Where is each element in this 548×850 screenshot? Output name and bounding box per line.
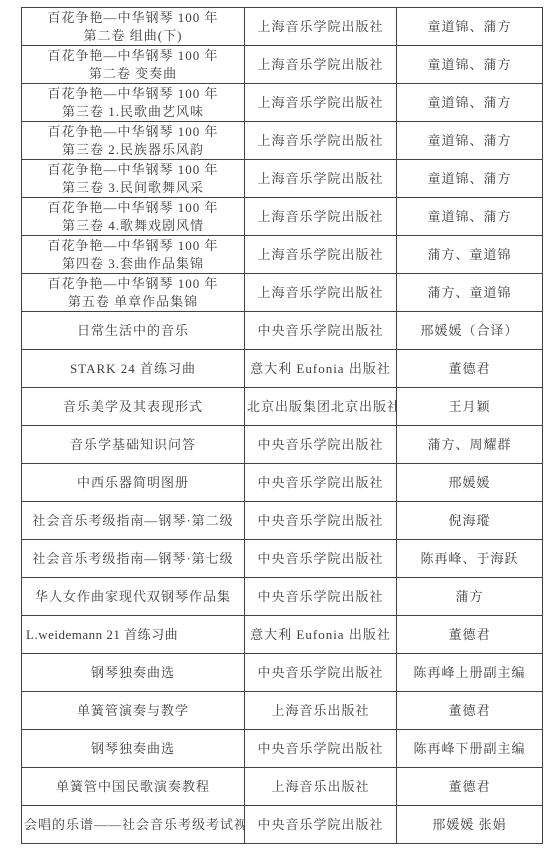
table-row: 百花争艳—中华钢琴 100 年第四卷 3.套曲作品集锦上海音乐学院出版社蒲方、童… xyxy=(22,236,543,274)
book-title-cell: L.weidemann 21 首练习曲 xyxy=(22,616,245,654)
table-row: 中西乐器简明图册中央音乐学院出版社邢媛媛 xyxy=(22,464,543,502)
authors-cell: 童道锦、蒲方 xyxy=(397,160,543,198)
authors-cell: 王月颖 xyxy=(397,388,543,426)
publisher-cell: 上海音乐学院出版社 xyxy=(245,8,397,46)
book-title-cell: 百花争艳—中华钢琴 100 年第二卷 变奏曲 xyxy=(22,46,245,84)
publisher-cell: 意大利 Eufonia 出版社 xyxy=(245,616,397,654)
book-title-cell: 中西乐器简明图册 xyxy=(22,464,245,502)
book-title-cell: 百花争艳—中华钢琴 100 年第三卷 1.民歌曲艺风味 xyxy=(22,84,245,122)
table-row: 百花争艳—中华钢琴 100 年第五卷 单章作品集锦上海音乐学院出版社蒲方、童道锦 xyxy=(22,274,543,312)
book-title-line: 第三卷 3.民间歌舞风采 xyxy=(24,179,242,197)
table-row: 日常生活中的音乐中央音乐学院出版社邢媛媛（合译） xyxy=(22,312,543,350)
table-row: 百花争艳—中华钢琴 100 年第三卷 4.歌舞戏剧风情上海音乐学院出版社童道锦、… xyxy=(22,198,543,236)
authors-cell: 童道锦、蒲方 xyxy=(397,198,543,236)
book-title-cell: 单簧管中国民歌演奏教程 xyxy=(22,768,245,806)
table-row: L.weidemann 21 首练习曲意大利 Eufonia 出版社董德君 xyxy=(22,616,543,654)
table-row: 社会音乐考级指南—钢琴·第二级中央音乐学院出版社倪海瑽 xyxy=(22,502,543,540)
book-title-cell: 钢琴独奏曲选 xyxy=(22,654,245,692)
publisher-cell: 上海音乐出版社 xyxy=(245,692,397,730)
book-title-cell: 百花争艳—中华钢琴 100 年第五卷 单章作品集锦 xyxy=(22,274,245,312)
publisher-cell: 中央音乐学院出版社 xyxy=(245,464,397,502)
book-title-line: 第二卷 组曲(下) xyxy=(24,27,242,45)
publisher-cell: 上海音乐学院出版社 xyxy=(245,160,397,198)
publisher-cell: 中央音乐学院出版社 xyxy=(245,806,397,844)
book-title-cell: 华人女作曲家现代双钢琴作品集 xyxy=(22,578,245,616)
publisher-cell: 上海音乐出版社 xyxy=(245,768,397,806)
book-title-cell: 百花争艳—中华钢琴 100 年第二卷 组曲(下) xyxy=(22,8,245,46)
document-page: 百花争艳—中华钢琴 100 年第二卷 组曲(下)上海音乐学院出版社童道锦、蒲方百… xyxy=(0,0,548,850)
book-title-cell: 音乐美学及其表现形式 xyxy=(22,388,245,426)
authors-cell: 董德君 xyxy=(397,350,543,388)
authors-cell: 蒲方、童道锦 xyxy=(397,274,543,312)
table-row: 单簧管演奏与教学上海音乐出版社董德君 xyxy=(22,692,543,730)
book-title-cell: 社会音乐考级指南—钢琴·第七级 xyxy=(22,540,245,578)
table-row: 百花争艳—中华钢琴 100 年第三卷 2.民族器乐风韵上海音乐学院出版社童道锦、… xyxy=(22,122,543,160)
book-title-cell: STARK 24 首练习曲 xyxy=(22,350,245,388)
table-row: 钢琴独奏曲选中央音乐学院出版社陈再峰下册副主编 xyxy=(22,730,543,768)
book-title-line: 百花争艳—中华钢琴 100 年 xyxy=(24,47,242,65)
publisher-cell: 意大利 Eufonia 出版社 xyxy=(245,350,397,388)
publisher-cell: 上海音乐学院出版社 xyxy=(245,274,397,312)
table-row: 音乐美学及其表现形式北京出版集团北京出版社王月颖 xyxy=(22,388,543,426)
table-row: 百花争艳—中华钢琴 100 年第二卷 变奏曲上海音乐学院出版社童道锦、蒲方 xyxy=(22,46,543,84)
table-row: 社会音乐考级指南—钢琴·第七级中央音乐学院出版社陈再峰、于海跃 xyxy=(22,540,543,578)
authors-cell: 董德君 xyxy=(397,692,543,730)
book-title-line: 百花争艳—中华钢琴 100 年 xyxy=(24,123,242,141)
book-title-cell: 单簧管演奏与教学 xyxy=(22,692,245,730)
publisher-cell: 上海音乐学院出版社 xyxy=(245,84,397,122)
authors-cell: 陈再峰下册副主编 xyxy=(397,730,543,768)
book-title-cell: 百花争艳—中华钢琴 100 年第三卷 3.民间歌舞风采 xyxy=(22,160,245,198)
book-title-cell: 会唱的乐谱——社会音乐考级考试视 xyxy=(22,806,245,844)
authors-cell: 童道锦、蒲方 xyxy=(397,8,543,46)
book-title-cell: 社会音乐考级指南—钢琴·第二级 xyxy=(22,502,245,540)
book-title-line: 百花争艳—中华钢琴 100 年 xyxy=(24,161,242,179)
authors-cell: 童道锦、蒲方 xyxy=(397,84,543,122)
table-row: 百花争艳—中华钢琴 100 年第二卷 组曲(下)上海音乐学院出版社童道锦、蒲方 xyxy=(22,8,543,46)
authors-cell: 童道锦、蒲方 xyxy=(397,46,543,84)
book-title-line: 第五卷 单章作品集锦 xyxy=(24,293,242,311)
publisher-cell: 中央音乐学院出版社 xyxy=(245,654,397,692)
publisher-cell: 上海音乐学院出版社 xyxy=(245,46,397,84)
table-row: 百花争艳—中华钢琴 100 年第三卷 1.民歌曲艺风味上海音乐学院出版社童道锦、… xyxy=(22,84,543,122)
authors-cell: 蒲方、周耀群 xyxy=(397,426,543,464)
authors-cell: 董德君 xyxy=(397,768,543,806)
book-table-body: 百花争艳—中华钢琴 100 年第二卷 组曲(下)上海音乐学院出版社童道锦、蒲方百… xyxy=(22,8,543,844)
authors-cell: 蒲方 xyxy=(397,578,543,616)
publisher-cell: 中央音乐学院出版社 xyxy=(245,502,397,540)
book-title-line: 百花争艳—中华钢琴 100 年 xyxy=(24,275,242,293)
book-title-line: 第三卷 4.歌舞戏剧风情 xyxy=(24,217,242,235)
authors-cell: 董德君 xyxy=(397,616,543,654)
authors-cell: 童道锦、蒲方 xyxy=(397,122,543,160)
book-title-line: 第三卷 2.民族器乐风韵 xyxy=(24,141,242,159)
table-row: 会唱的乐谱——社会音乐考级考试视中央音乐学院出版社邢媛媛 张娟 xyxy=(22,806,543,844)
book-title-cell: 百花争艳—中华钢琴 100 年第三卷 4.歌舞戏剧风情 xyxy=(22,198,245,236)
table-row: STARK 24 首练习曲意大利 Eufonia 出版社董德君 xyxy=(22,350,543,388)
publisher-cell: 中央音乐学院出版社 xyxy=(245,426,397,464)
publisher-cell: 中央音乐学院出版社 xyxy=(245,578,397,616)
book-title-cell: 音乐学基础知识问答 xyxy=(22,426,245,464)
table-row: 百花争艳—中华钢琴 100 年第三卷 3.民间歌舞风采上海音乐学院出版社童道锦、… xyxy=(22,160,543,198)
authors-cell: 蒲方、童道锦 xyxy=(397,236,543,274)
book-title-line: 第三卷 1.民歌曲艺风味 xyxy=(24,103,242,121)
publisher-cell: 中央音乐学院出版社 xyxy=(245,540,397,578)
book-title-line: 百花争艳—中华钢琴 100 年 xyxy=(24,9,242,27)
book-title-cell: 钢琴独奏曲选 xyxy=(22,730,245,768)
authors-cell: 邢媛媛 张娟 xyxy=(397,806,543,844)
authors-cell: 邢媛媛（合译） xyxy=(397,312,543,350)
table-row: 音乐学基础知识问答中央音乐学院出版社蒲方、周耀群 xyxy=(22,426,543,464)
table-row: 华人女作曲家现代双钢琴作品集中央音乐学院出版社蒲方 xyxy=(22,578,543,616)
publisher-cell: 北京出版集团北京出版社 xyxy=(245,388,397,426)
authors-cell: 倪海瑽 xyxy=(397,502,543,540)
authors-cell: 陈再峰上册副主编 xyxy=(397,654,543,692)
book-title-cell: 百花争艳—中华钢琴 100 年第四卷 3.套曲作品集锦 xyxy=(22,236,245,274)
table-row: 钢琴独奏曲选中央音乐学院出版社陈再峰上册副主编 xyxy=(22,654,543,692)
book-title-line: 百花争艳—中华钢琴 100 年 xyxy=(24,199,242,217)
authors-cell: 邢媛媛 xyxy=(397,464,543,502)
book-title-line: 百花争艳—中华钢琴 100 年 xyxy=(24,85,242,103)
book-list-table: 百花争艳—中华钢琴 100 年第二卷 组曲(下)上海音乐学院出版社童道锦、蒲方百… xyxy=(21,7,543,844)
publisher-cell: 上海音乐学院出版社 xyxy=(245,198,397,236)
book-title-line: 第二卷 变奏曲 xyxy=(24,65,242,83)
publisher-cell: 中央音乐学院出版社 xyxy=(245,730,397,768)
book-title-line: 百花争艳—中华钢琴 100 年 xyxy=(24,237,242,255)
authors-cell: 陈再峰、于海跃 xyxy=(397,540,543,578)
publisher-cell: 上海音乐学院出版社 xyxy=(245,236,397,274)
book-title-cell: 百花争艳—中华钢琴 100 年第三卷 2.民族器乐风韵 xyxy=(22,122,245,160)
publisher-cell: 中央音乐学院出版社 xyxy=(245,312,397,350)
book-title-cell: 日常生活中的音乐 xyxy=(22,312,245,350)
book-title-line: 第四卷 3.套曲作品集锦 xyxy=(24,255,242,273)
table-row: 单簧管中国民歌演奏教程上海音乐出版社董德君 xyxy=(22,768,543,806)
publisher-cell: 上海音乐学院出版社 xyxy=(245,122,397,160)
